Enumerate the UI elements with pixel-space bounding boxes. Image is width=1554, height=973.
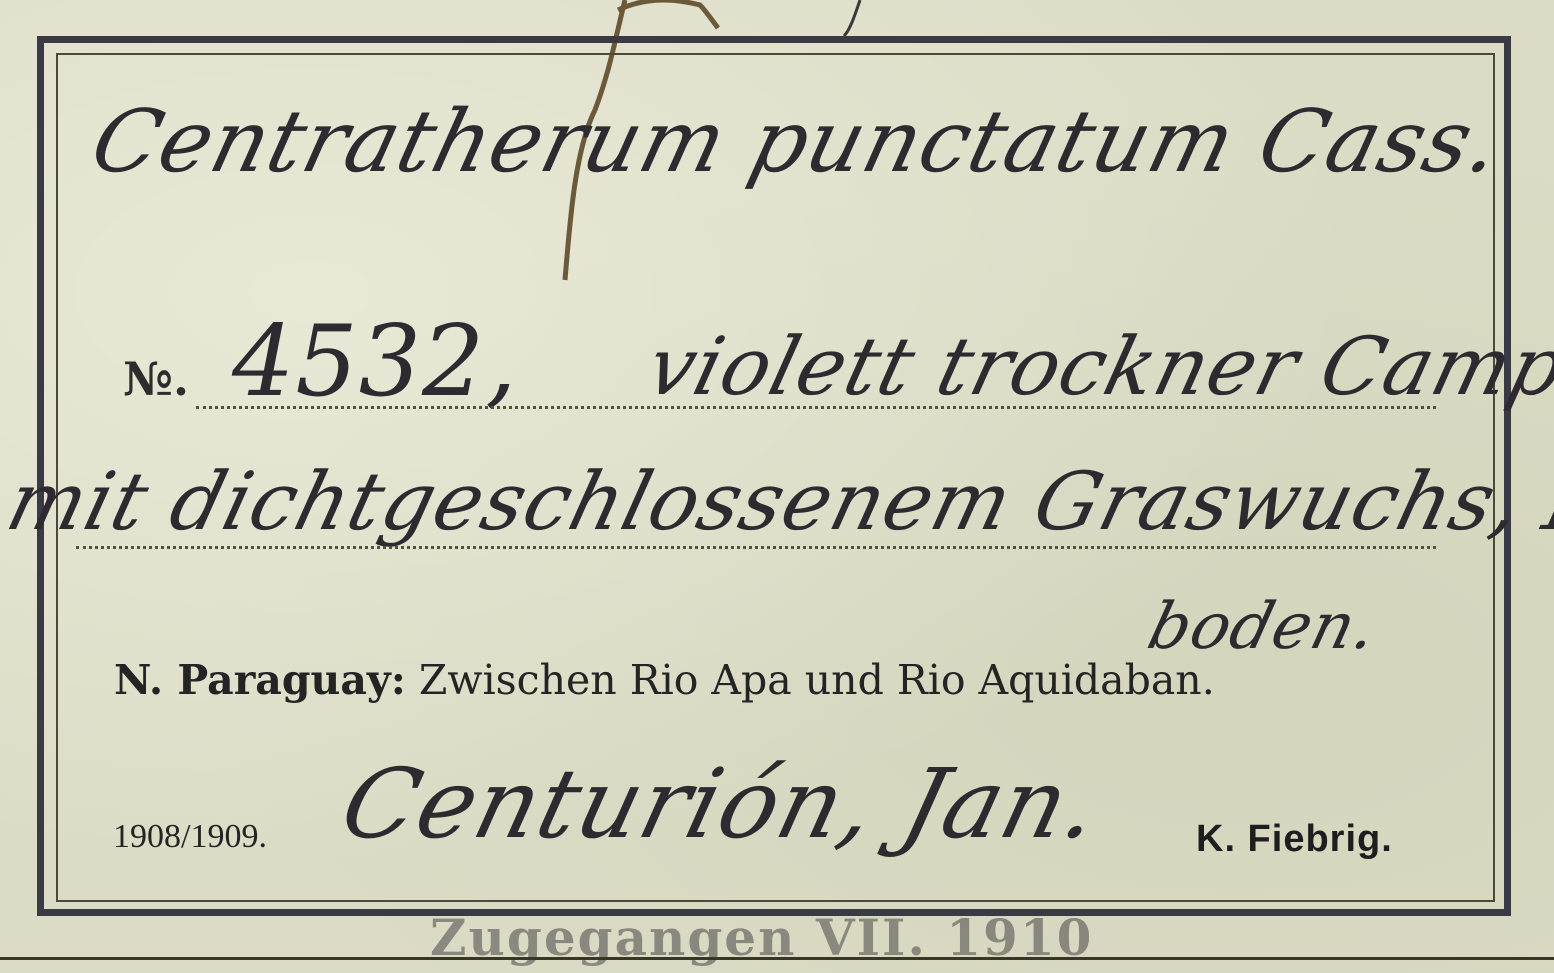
habitat-line-1: violett trockner Camp.	[638, 320, 1554, 413]
locality-line: N. Paraguay: Zwischen Rio Apa und Rio Aq…	[114, 656, 1215, 704]
habitat-line-3: boden.	[1141, 590, 1385, 664]
dotted-rule-1	[196, 406, 1436, 409]
sheet-edge-line	[0, 957, 1554, 960]
number-prefix: №.	[123, 352, 189, 406]
habitat-line-2: mit dichtgeschlossenem Graswuchs, Kalk-	[0, 455, 1554, 548]
locality-text: Zwischen Rio Apa und Rio Aquidaban.	[419, 656, 1215, 704]
collection-year: 1908/1909.	[113, 818, 267, 856]
collection-place-date: Centurión, Jan.	[331, 748, 1112, 860]
herbarium-label: Centratherum punctatum Cass. №. 4532, vi…	[0, 0, 1554, 973]
region-label: N. Paraguay:	[114, 656, 406, 704]
species-name: Centratherum punctatum Cass.	[82, 92, 1512, 192]
collector-name: K. Fiebrig.	[1196, 818, 1393, 861]
dotted-rule-2	[76, 546, 1436, 549]
specimen-number: 4532,	[232, 305, 518, 419]
